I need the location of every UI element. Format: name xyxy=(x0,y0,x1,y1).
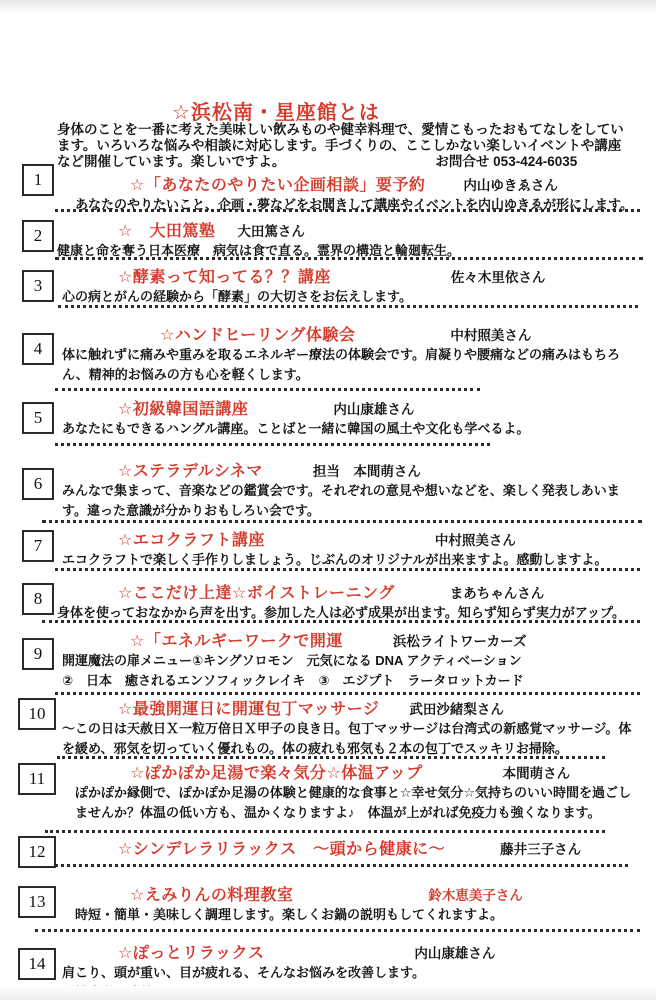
event-description: ② 日本 癒されるエンソフィックレイキ ③ エジプト ラータロットカード xyxy=(0,671,640,691)
event-title: ☆最強開運日に開運包丁マッサージ xyxy=(118,696,379,719)
item-number: 10 xyxy=(18,698,56,730)
event-item: 11 ☆ぽかぽか足湯で楽々気分☆体温アップ 本間萌さん ぽかぽか縁側で、ぽかぽか… xyxy=(0,760,656,822)
flyer-page: ☆浜松南・星座館とは 身体のことを一番に考えた美味しい飲みものや健幸料理で、愛情… xyxy=(0,0,656,1000)
event-description: ぽかぽか縁側で、ぽかぽか足湯の体験と健康的な食事と☆幸せ気分☆気持ちのいい時間を… xyxy=(0,783,640,822)
presenter-name: 佐々木里依さん xyxy=(451,266,546,286)
dotted-separator xyxy=(55,257,643,260)
intro-line-text: など開催しています。楽しいですよ。 xyxy=(57,154,285,170)
presenter-name: 浜松ライトワーカーズ xyxy=(393,630,527,650)
event-title: ☆えみりんの料理教室 xyxy=(130,882,293,905)
intro-line: ます。いろいろな悩みや相談に対応します。手づくりの、ここしかない楽しいイベントや… xyxy=(57,138,635,154)
item-number: 3 xyxy=(22,270,54,302)
event-item: 8 ☆ここだけ上達☆ボイストレーニング まあちゃんさん 身体を使っておなかから声… xyxy=(0,580,656,623)
event-item: 6 ☆ステラデルシネマ 担当 本間萌さん みんなで集まって、音楽などの鑑賞会です… xyxy=(0,458,656,520)
dotted-separator xyxy=(42,520,642,523)
event-title: ☆「あなたのやりたい企画相談」要予約 xyxy=(130,172,425,195)
event-item: 12 ☆シンデレラリラックス ～頭から健康に～ 藤井三子さん xyxy=(0,836,656,859)
event-description: 開運魔法の扉メニュー①キングソロモン 元気になる DNA アクティベーション xyxy=(0,651,640,671)
presenter-name: 内山康雄さん xyxy=(414,942,495,962)
presenter-name: 鈴木恵美子さん xyxy=(428,884,523,904)
presenter-name: 藤井三子さん xyxy=(500,838,581,858)
event-item: 13 ☆えみりんの料理教室 鈴木恵美子さん 時短・簡単・美味しく調理します。楽し… xyxy=(0,882,656,925)
dotted-separator xyxy=(42,620,640,623)
item-number: 8 xyxy=(22,583,54,615)
presenter-name: 中村照美さん xyxy=(435,529,516,549)
event-item: 3 ☆酵素って知ってる？？講座 佐々木里依さん 心の病とがんの経験から「酵素」の… xyxy=(0,264,656,307)
dotted-separator xyxy=(35,929,640,932)
item-number: 1 xyxy=(22,164,54,196)
item-number: 14 xyxy=(18,948,56,980)
event-description: みんなで集まって、音楽などの鑑賞会です。それぞれの意見や想いなどを、楽しく発表し… xyxy=(0,481,640,520)
event-title: ☆ハンドヒーリング体験会 xyxy=(160,322,355,345)
event-title: ☆「エネルギーワークで開運 xyxy=(130,628,343,651)
intro-line: など開催しています。楽しいですよ。 お問合せ 053-424-6035 xyxy=(57,154,635,170)
event-title: ☆ぽっとリラックス xyxy=(118,940,264,963)
dotted-separator xyxy=(48,864,628,867)
item-number: 13 xyxy=(18,886,56,918)
item-number: 7 xyxy=(22,530,54,562)
event-title: ☆ 大田篤塾 xyxy=(118,218,215,241)
dotted-separator xyxy=(55,388,480,391)
event-description: あなたにもできるハングル講座。ことばと一緒に韓国の風土や文化も学べるよ。 xyxy=(0,419,637,439)
item-number: 4 xyxy=(22,333,54,365)
item-number: 2 xyxy=(22,220,54,252)
event-item: 5 ☆初級韓国語講座 内山康雄さん あなたにもできるハングル講座。ことばと一緒に… xyxy=(0,396,656,439)
contact-phone: お問合せ 053-424-6035 xyxy=(435,154,577,170)
page-top-edge xyxy=(0,0,656,14)
dotted-separator xyxy=(55,568,640,571)
event-item: 2 ☆ 大田篤塾 大田篤さん 健康と命を奪う日本医療 病気は食で直る。霊界の構造… xyxy=(0,218,656,261)
event-title: ☆ステラデルシネマ xyxy=(118,458,263,481)
presenter-name: 内山ゆきゑさん xyxy=(463,174,558,194)
presenter-name: 大田篤さん xyxy=(237,220,305,240)
presenter-name: 本間萌さん xyxy=(503,762,571,782)
presenter-name: 担当 本間萌さん xyxy=(313,460,421,480)
item-number: 6 xyxy=(22,468,54,500)
dotted-separator xyxy=(55,443,490,446)
event-item: 10 ☆最強開運日に開運包丁マッサージ 武田沙緒梨さん ～この日は天赦日Ｘ一粒万… xyxy=(0,696,656,758)
event-title: ☆ぽかぽか足湯で楽々気分☆体温アップ xyxy=(130,760,423,783)
event-item: 7 ☆エコクラフト講座 中村照美さん エコクラフトで楽しく手作りしましょう。じぶ… xyxy=(0,527,656,570)
dotted-separator xyxy=(55,692,640,695)
event-item: 4 ☆ハンドヒーリング体験会 中村照美さん 体に触れずに痛みや重みを取るエネルギ… xyxy=(0,322,656,384)
item-number: 5 xyxy=(22,402,54,434)
item-number: 9 xyxy=(22,638,54,670)
event-description: 心の病とがんの経験から「酵素」の大切さをお伝えします。 xyxy=(0,287,637,307)
event-title: ☆ここだけ上達☆ボイストレーニング xyxy=(118,580,395,603)
item-number: 12 xyxy=(18,836,56,868)
event-item: 9 ☆「エネルギーワークで開運 浜松ライトワーカーズ 開運魔法の扉メニュー①キン… xyxy=(0,628,656,690)
event-title: ☆初級韓国語講座 xyxy=(118,396,248,419)
event-description: ～この日は天赦日Ｘ一粒万倍日Ｘ甲子の良き日。包丁マッサージは台湾式の新感覚マッサ… xyxy=(0,719,642,758)
event-description: 時短・簡単・美味しく調理します。楽しくお鍋の説明もしてくれますよ。 xyxy=(0,905,640,925)
intro-paragraph: 身体のことを一番に考えた美味しい飲みものや健幸料理で、愛情こもったおもてなしをし… xyxy=(57,122,635,169)
event-description: エコクラフトで楽しく手作りしましょう。じぶんのオリジナルが出来ますよ。感動します… xyxy=(0,550,640,570)
dotted-separator xyxy=(57,756,605,759)
dotted-separator xyxy=(45,830,605,833)
page-bottom-edge xyxy=(0,986,656,1000)
item-number: 11 xyxy=(18,763,56,795)
event-description: 体に触れずに痛みや重みを取るエネルギー療法の体験会です。肩凝りや腰痛などの痛みは… xyxy=(0,345,640,384)
event-title: ☆酵素って知ってる？？講座 xyxy=(118,264,331,287)
dotted-separator xyxy=(58,305,638,308)
page-title: ☆浜松南・星座館とは xyxy=(172,96,380,125)
event-title: ☆エコクラフト講座 xyxy=(118,527,265,550)
presenter-name: 内山康雄さん xyxy=(333,398,414,418)
presenter-name: 中村照美さん xyxy=(450,324,531,344)
event-description: 肩こり、頭が重い、目が疲れる、そんなお悩みを改善します。 xyxy=(0,963,640,983)
presenter-name: まあちゃんさん xyxy=(450,582,545,602)
event-title: ☆シンデレラリラックス ～頭から健康に～ xyxy=(118,836,445,859)
presenter-name: 武田沙緒梨さん xyxy=(409,698,504,718)
intro-line: 身体のことを一番に考えた美味しい飲みものや健幸料理で、愛情こもったおもてなしをし… xyxy=(57,122,635,138)
dotted-separator xyxy=(55,209,640,212)
